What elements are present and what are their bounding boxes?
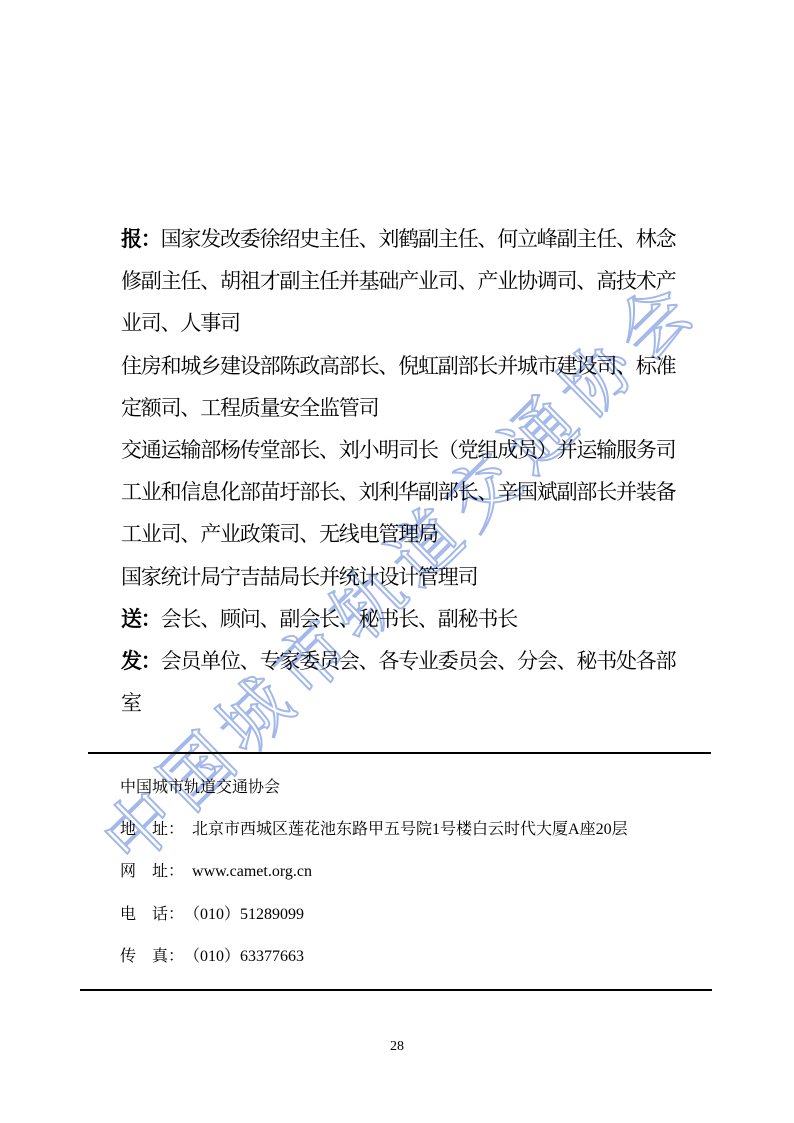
contact-label: 网 址： xyxy=(120,863,184,880)
contact-label: 地 址： xyxy=(120,821,184,838)
distribution-line: 工业司、产业政策司、无线电管理局 xyxy=(121,513,681,555)
page-content: 报：国家发改委徐绍史主任、刘鹤副主任、何立峰副主任、林念修副主任、胡祖才副主任并… xyxy=(0,0,794,1123)
line-prefix: 发： xyxy=(121,649,161,673)
distribution-line: 报：国家发改委徐绍史主任、刘鹤副主任、何立峰副主任、林念 xyxy=(121,218,681,260)
org-name: 中国城市轨道交通协会 xyxy=(120,767,680,809)
line-text: 修副主任、胡祖才副主任并基础产业司、产业协调司、高技术产 xyxy=(121,269,675,293)
line-prefix: 送： xyxy=(121,607,161,631)
line-text: 工业司、产业政策司、无线电管理局 xyxy=(121,522,438,546)
contact-label: 电 话： xyxy=(120,906,184,923)
line-prefix: 报： xyxy=(121,227,161,251)
contact-line: 传 真：（010）63377663 xyxy=(120,936,680,978)
contact-line: 网 址：www.camet.org.cn xyxy=(120,851,680,893)
line-text: 国家发改委徐绍史主任、刘鹤副主任、何立峰副主任、林念 xyxy=(161,227,676,251)
contact-label: 传 真： xyxy=(120,948,184,965)
distribution-line: 室 xyxy=(121,682,681,724)
distribution-section: 报：国家发改委徐绍史主任、刘鹤副主任、何立峰副主任、林念修副主任、胡祖才副主任并… xyxy=(121,218,681,724)
line-text: 业司、人事司 xyxy=(121,311,240,335)
page-number: 28 xyxy=(0,1036,794,1058)
document-page: { "page": { "number": "28" }, "watermark… xyxy=(0,0,794,1123)
distribution-line: 修副主任、胡祖才副主任并基础产业司、产业协调司、高技术产 xyxy=(121,260,681,302)
line-text: 室 xyxy=(121,691,141,715)
distribution-line: 工业和信息化部苗圩部长、刘利华副部长、辛国斌副部长并装备 xyxy=(121,471,681,513)
distribution-line: 住房和城乡建设部陈政高部长、倪虹副部长并城市建设司、标准 xyxy=(121,345,681,387)
line-text: 工业和信息化部苗圩部长、刘利华副部长、辛国斌副部长并装备 xyxy=(121,480,675,504)
contact-value: 北京市西城区莲花池东路甲五号院1号楼白云时代大厦A座20层 xyxy=(192,821,628,838)
separator-line-top xyxy=(88,752,711,754)
footer-contact-block: 中国城市轨道交通协会 地 址：北京市西城区莲花池东路甲五号院1号楼白云时代大厦A… xyxy=(120,767,680,978)
contact-value: （010）63377663 xyxy=(192,948,304,965)
distribution-line: 业司、人事司 xyxy=(121,302,681,344)
separator-line-bottom xyxy=(80,989,712,991)
line-text: 住房和城乡建设部陈政高部长、倪虹副部长并城市建设司、标准 xyxy=(121,354,675,378)
distribution-line: 定额司、工程质量安全监管司 xyxy=(121,387,681,429)
contact-value: （010）51289099 xyxy=(192,906,304,923)
contact-list: 地 址：北京市西城区莲花池东路甲五号院1号楼白云时代大厦A座20层网 址：www… xyxy=(120,809,680,978)
distribution-line: 交通运输部杨传堂部长、刘小明司长（党组成员）并运输服务司 xyxy=(121,429,681,471)
distribution-line: 发：会员单位、专家委员会、各专业委员会、分会、秘书处各部 xyxy=(121,640,681,682)
line-text: 交通运输部杨传堂部长、刘小明司长（党组成员）并运输服务司 xyxy=(121,438,675,462)
distribution-line: 国家统计局宁吉喆局长并统计设计管理司 xyxy=(121,556,681,598)
line-text: 定额司、工程质量安全监管司 xyxy=(121,396,378,420)
contact-line: 电 话：（010）51289099 xyxy=(120,894,680,936)
line-text: 会长、顾问、副会长、秘书长、副秘书长 xyxy=(161,607,517,631)
line-text: 国家统计局宁吉喆局长并统计设计管理司 xyxy=(121,565,477,589)
line-text: 会员单位、专家委员会、各专业委员会、分会、秘书处各部 xyxy=(161,649,676,673)
distribution-line: 送：会长、顾问、副会长、秘书长、副秘书长 xyxy=(121,598,681,640)
contact-value: www.camet.org.cn xyxy=(192,863,312,880)
contact-line: 地 址：北京市西城区莲花池东路甲五号院1号楼白云时代大厦A座20层 xyxy=(120,809,680,851)
